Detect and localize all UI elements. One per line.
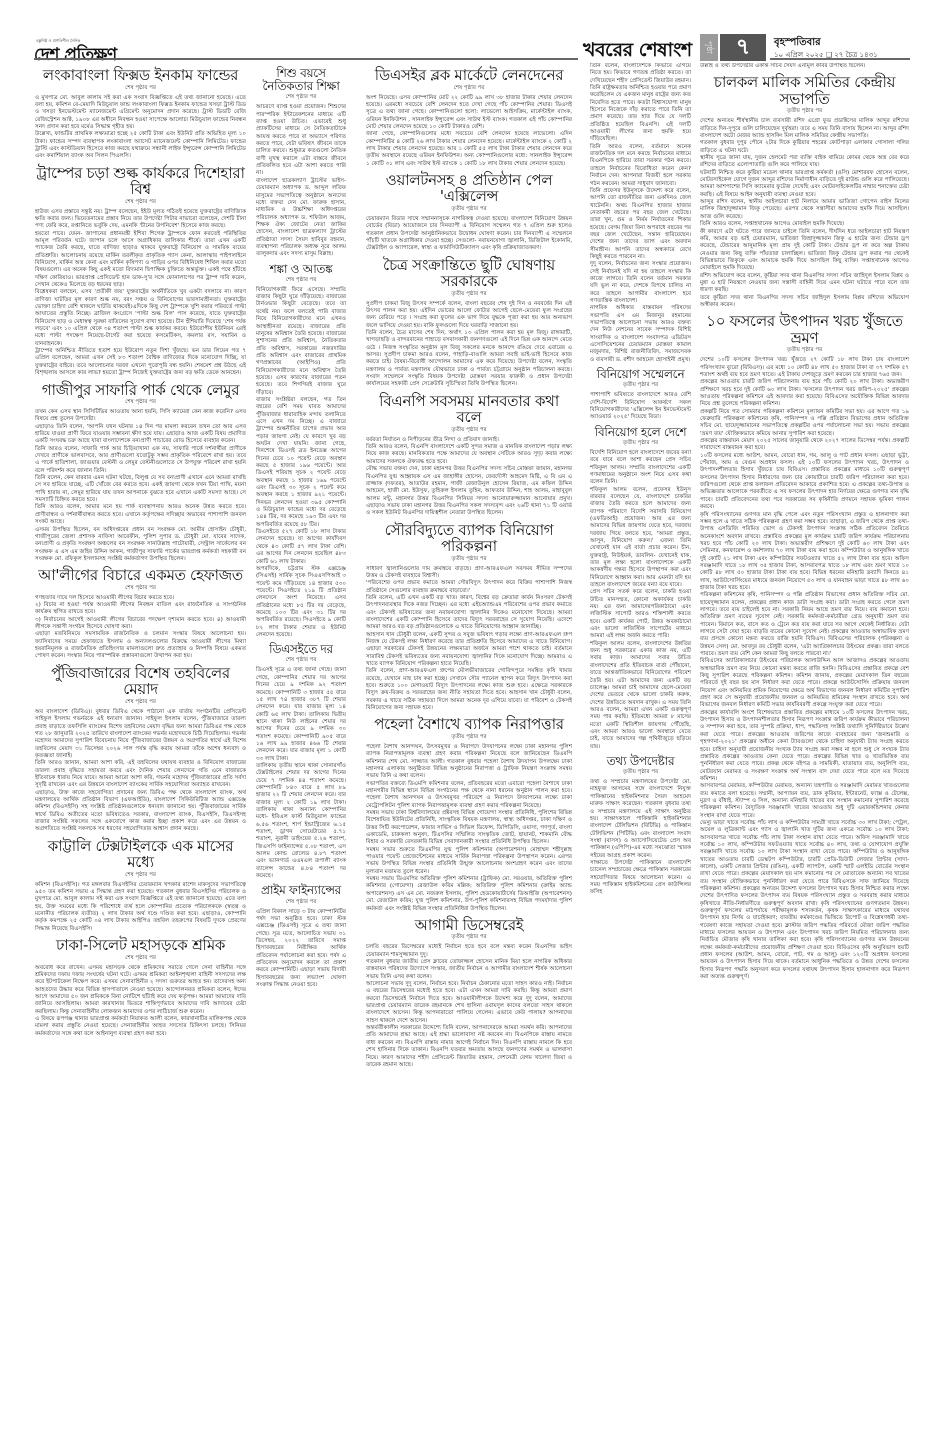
article-headline[interactable]: ঢাকা-সিলেট মহাসড়কে শ্রমিক	[35, 937, 246, 954]
column-4: তিনি বলেন, বাংলাদেশকে কিভাবে এগিয়ে নিতে…	[590, 63, 691, 1423]
page-number: ৭	[720, 34, 766, 61]
article-body: তিনি বলেন, বাংলাদেশকে কিভাবে এগিয়ে নিতে…	[590, 63, 691, 364]
article-headline[interactable]: প্রাইম ফাইন্যান্সের	[256, 884, 346, 897]
continued-from-label: তৃতীয় পৃষ্ঠার পর	[366, 556, 572, 564]
article-body: সুপ্রদীপ চাকমা বিজু উৎসব সম্পর্কে বলেন, …	[366, 301, 572, 389]
article-paragraph: পাশাপাশি ভবিষ্যতে বাংলাদেশে আরও বেশি দেশ…	[590, 392, 691, 421]
page-label: পৃষ্ঠা	[700, 34, 718, 61]
article-paragraph: কৃষি পরিসংখ্যানের গুণগত মান বৃদ্ধি পেলে …	[700, 512, 909, 593]
article-paragraph: আসবাবপত্র মেরামত, কম্পিউটার মেরামত, অন্য…	[700, 783, 909, 820]
continued-from-label: তৃতীয় পৃষ্ঠার পর	[590, 440, 691, 448]
continued-from-label: শেষ পৃষ্ঠার পর	[35, 85, 246, 93]
article-body: দেশের অন্যতম শীর্ষস্থানীয় চাল ব্যবসায়ী…	[700, 118, 909, 309]
article-paragraph: বাংলাদেশ ছাত্রকল্যাণ ট্রাস্টের ভাইস-চেয়…	[256, 178, 346, 259]
article-paragraph: সাক্ষাতে উপদেষ্টা পাকিস্তানে বাংলাদেশি চ…	[590, 860, 691, 897]
article-paragraph: প্রকল্পের আওতায় চারটি জরিপ পরিচালনায় ব…	[700, 379, 909, 408]
article-body: আচরণে ব্যাপ্ত হওয়া প্রয়োজন। শিশুদের পা…	[256, 104, 346, 258]
continued-from-label: শেষ পৃষ্ঠার পর	[256, 277, 346, 285]
article-paragraph: বিনিয়োগকারী ফিরে এসেছে। সম্প্রতি বাজার …	[256, 287, 346, 397]
article-paragraph: তথ্য ও সম্প্রচার মন্ত্রণালয়ের উপদেষ্টা …	[590, 779, 691, 860]
continued-from-label: তৃতীয় পৃষ্ঠার পর	[700, 347, 909, 355]
article-headline[interactable]: গাজীপুর সাফারি পার্ক থেকে লেমুর	[35, 382, 246, 399]
article-headline[interactable]: ডিএসইর ব্লক মার্কেটে লেনদেনের	[366, 67, 572, 84]
article-paragraph: সভাপতির বক্তব্যে ডিএমপি কমিশনার বলেন, প্…	[366, 781, 572, 810]
masthead-rule-left	[34, 58, 578, 60]
article-body: তথ্য ও সম্প্রচার মন্ত্রণালয়ের উপদেষ্টা …	[590, 779, 691, 897]
column-2: শিশু বয়সে নৈতিকতার শিক্ষাশেষ পৃষ্ঠার পর…	[256, 63, 346, 1423]
article-paragraph: ১০টি ফসলের মধ্যে আউশ, আমন, বোরো ধান, গম,…	[700, 453, 909, 512]
article: চালকল মালিক সমিতির কেন্দ্রীয় সভাপতিতৃতী…	[700, 74, 909, 309]
continued-from-label: শেষ পৃষ্ঠার পর	[35, 699, 246, 707]
article-paragraph: তিনি বলেন, বাংলাদেশকে কিভাবে এগিয়ে নিতে…	[590, 63, 691, 144]
continued-from-label: শেষ পৃষ্ঠার পর	[35, 199, 246, 207]
article-body: অংশ নিয়েছে। এসব কোম্পানির মোট ২২ কোটি ৯…	[366, 95, 572, 168]
article-body: অবরোধ করে রাখেন। এসময় মহাসড়ক থেকে শ্রম…	[35, 965, 246, 1038]
article-paragraph: আচরণে ব্যাপ্ত হওয়া প্রয়োজন। শিশুদের পা…	[256, 104, 346, 177]
article-paragraph: রশিদ অভিযোগ করে বলেন, কুষ্টিয়া সদর থানা…	[700, 273, 909, 295]
article-paragraph: স্থানীয় সূত্রে জানা যায়, দুজন হেলমেট প…	[700, 155, 909, 170]
article-headline[interactable]: সৌরবিদ্যুতে ব্যাপক বিনিয়োগ পরিকল্পনা	[366, 522, 572, 555]
continued-from-label: তৃতীয় পৃষ্ঠার পর	[590, 382, 691, 390]
article-body: হাউজ এসব প্রস্তাবে সন্তুষ্ট নয়। ট্রাম্প…	[35, 209, 246, 378]
article: ওয়ালটনসহ ৪ প্রতিষ্ঠান পেল 'এক্সিলেন্সতৃ…	[366, 172, 572, 253]
article: ১০ ফসলের উৎপাদন খরচ খুঁজতে ভ্রমণতৃতীয় প…	[700, 313, 909, 981]
article-paragraph: তখন কেন এসব স্থান সিসিটিভির আওতায় আনা হ…	[35, 409, 246, 424]
article: আ'লীগের বিচারে একমত হেফাজতশেষ পৃষ্ঠার পর…	[35, 567, 246, 661]
article-paragraph: পরিকল্পনা কমিশনের কৃষি, পানিসম্পদ ও পল্ল…	[700, 592, 909, 658]
article-paragraph: দেশের অন্যতম শীর্ষস্থানীয় চাল ব্যবসায়ী…	[700, 118, 909, 140]
masthead: বস্তুনিষ্ঠ ও প্রগতিশীল দৈনিক দেশ প্রতিক্…	[0, 0, 945, 62]
continued-from-label: তৃতীয় পৃষ্ঠার পর	[366, 206, 572, 214]
article-paragraph: চেয়ারম্যান বিডার সাথে সম্মাননাসূচক নাগর…	[366, 216, 572, 253]
article-body: পহেলা বৈশাখ আনন্দঘন, উৎসবমুখর ও নিরাপদে …	[366, 744, 572, 913]
lead-in: উল্লাহ ও তথ্য উপদেষ্টার একান্ত সচিব সৈয়…	[700, 63, 909, 70]
article-body: কমিশন (বিএসইসি)। গত মঙ্গলবার বিএসইসির চে…	[35, 882, 246, 933]
article-paragraph: তালিকায় তৃতীয় স্থানে থাকা সোনারগাঁও টে…	[256, 763, 346, 881]
article-paragraph: শফিকুল আলম বলেন, বাংলাদেশের উন্নতির জন্য…	[590, 641, 691, 751]
article-body: তখন কেন এসব স্থান সিসিটিভির আওতায় আনা হ…	[35, 409, 246, 563]
article-paragraph: বিশ্লেষকরা বলছেন, এসব 'প্রতীকী জয়' যুক্…	[35, 289, 246, 348]
article-paragraph: সমন্বয় সভায় ঢাকা বিশ্ববিদ্যালয়ের প্রক…	[366, 810, 572, 847]
article-paragraph: বিদেশি বিনিয়োগ হলে বাংলাদেশে জবের বন্যা…	[590, 450, 691, 487]
article: আগামী ডিসেম্বরেইতৃতীয় পৃষ্ঠার পরচলতি বছ…	[366, 917, 572, 1069]
article-body: চেয়ারম্যান বিডার সাথে সম্মাননাসূচক নাগর…	[366, 216, 572, 253]
article-paragraph: কমিশন (বিএসইসি)। গত মঙ্গলবার বিএসইসির চে…	[35, 882, 246, 933]
article-paragraph: প্রকল্পের বাস্তবায়ন মেয়াদ ২০২৫ সালের জ…	[700, 438, 909, 453]
article-paragraph: 'পরিবেশের ওপর প্রভাব কমাতে আমরা সৌরবিদ্য…	[366, 580, 572, 595]
article-paragraph: তিনি বলেন, প্রাণ-আরএফএল গ্রুপের মৌলভীবাজ…	[366, 668, 572, 712]
continued-from-label: তৃতীয় পৃষ্ঠার পর	[366, 427, 572, 435]
article: সৌরবিদ্যুতে ব্যাপক বিনিয়োগ পরিকল্পনাতৃত…	[366, 522, 572, 713]
article: বিএনপি সবসময় মানবতার কথা বলেতৃতীয় পৃষ্…	[366, 393, 572, 518]
article-paragraph: সাধারণ জ্বালানিগুলোর দাম ক্রমান্বয়ে বাড…	[366, 566, 572, 581]
article-paragraph: উল্লেখ্য, ফান্ডটির প্রাথমিক লক্ষ্যমাত্রা…	[35, 131, 246, 160]
article-paragraph: দেশের ১০টি ফসলের উৎপাদন খরচ খুঁজতে ২৭ কো…	[700, 357, 909, 379]
article-paragraph: আলোচনা সভায় দুদু বলেন, নির্বাচন হবে। নি…	[366, 981, 572, 1025]
article-paragraph: অব বাংলাদেশ (ডিবিএ)। বুধবার ডিবিএ থেকে প…	[35, 709, 246, 760]
column-1: লংকাবাংলা ফিক্সড ইনকাম ফান্ডেরশেষ পৃষ্ঠা…	[35, 63, 246, 1423]
article-paragraph: ৩) নির্বাচনের আগেই আওয়ামী লীগের বিচারের…	[35, 617, 246, 632]
continued-from-label: শেষ পৃষ্ঠার পর	[256, 94, 346, 102]
continued-from-label: শেষ পৃষ্ঠার পর	[35, 585, 246, 593]
continued-from-label: তৃতীয় পৃষ্ঠার পর	[366, 734, 572, 742]
column-5: উল্লাহ ও তথ্য উপদেষ্টার একান্ত সচিব সৈয়…	[700, 63, 909, 1423]
article: কাট্টালি টেক্সটাইলকে এক মাসের মধ্যেশেষ প…	[35, 838, 246, 933]
article-paragraph: তিনি বলেন, এটি এখন একটি বড় খাত। কারণ, ব…	[366, 595, 572, 632]
article-paragraph: তিনি আরও বলেন, বিএনপি বাংলাদেশে একটি সুন…	[366, 444, 572, 466]
article-headline[interactable]: বিএনপি সবসময় মানবতার কথা বলে	[366, 393, 572, 426]
article: বিনিয়োগ হলে দেশেতৃতীয় পৃষ্ঠার পরবিদেশি…	[590, 426, 691, 751]
article-headline[interactable]: শঙ্কা ও আতঙ্ক	[256, 263, 346, 276]
article-paragraph: সমন্বয় সভার শুরুতে ডিএমপির যুগ্ম পুলিশ …	[366, 847, 572, 876]
article-paragraph: তিনি আরও বলেন, সপ্তাহখানেক আগেও মোবাইল হ…	[700, 221, 909, 228]
article-paragraph: এসময় উপস্থিত ছিলেন, বন অধিদপ্তরের প্রধা…	[35, 527, 246, 564]
continued-from-label: শেষ পৃষ্ঠার পর	[256, 899, 346, 907]
article-headline[interactable]: ওয়ালটনসহ ৪ প্রতিষ্ঠান পেল 'এক্সিলেন্স	[366, 172, 572, 205]
continued-from-label: তৃতীয় পৃষ্ঠার পর	[366, 291, 572, 299]
article: শিশু বয়সে নৈতিকতার শিক্ষাশেষ পৃষ্ঠার পর…	[256, 67, 346, 259]
article: তথ্য উপদেষ্টারতৃতীয় পৃষ্ঠার পরতথ্য ও সম…	[590, 755, 691, 897]
article-headline[interactable]: পহেলা বৈশাখে ব্যাপক নিরাপত্তার	[366, 716, 572, 733]
article-paragraph: সমন্বয় সভায় ডিএমপির অতিরিক্ত পুলিশ কমি…	[366, 876, 572, 913]
article-paragraph: তিনি আরও বলেন, আমার মনে হয় পার্ক ব্যবস্…	[35, 504, 246, 526]
article-paragraph: কী কারণে এটা ঘটতে পারে জানতে চাইলে তিনি …	[700, 229, 909, 273]
article: তিনি বলেন, বাংলাদেশকে কিভাবে এগিয়ে নিতে…	[590, 63, 691, 364]
article-paragraph: তিনি আরও জানান, আমরা আশা করি, এই তহবিলের…	[35, 760, 246, 789]
article-paragraph: এছাড়াও, উক্ত কাজে সহযোগিতা প্রদানের জন্…	[35, 790, 246, 834]
article-paragraph: বাজার সংশ্লিষ্টরা বলছেন, গত তিন বছরের বে…	[256, 397, 346, 529]
article-paragraph: নাগরিক অধিকার বাস্তবায়ন পরিষদের সভাপতি …	[590, 305, 691, 364]
continued-from-label: তৃতীয় পৃষ্ঠার পর	[700, 108, 909, 116]
article-headline[interactable]: কাট্টালি টেক্সটাইলকে এক মাসের মধ্যে	[35, 838, 246, 871]
article-paragraph: প্রেস সচিব সতর্ক করে বলেন, চাকরি হওয়া উ…	[590, 589, 691, 640]
article-body: অব বাংলাদেশ (ডিবিএ)। বুধবার ডিবিএ থেকে প…	[35, 709, 246, 834]
article-headline[interactable]: ডিএসইতে দর	[256, 643, 346, 656]
article-paragraph: দুদু বলেন, নির্বাচনের জন্য সংস্কার প্রয়…	[590, 261, 691, 305]
article: ডিএসইতে দরশেষ পৃষ্ঠার পরডিএসই সূত্রে এ ত…	[256, 643, 346, 880]
continued-from-label: শেষ পৃষ্ঠার পর	[366, 85, 572, 93]
article-headline[interactable]: ট্রাম্পের চড়া শুল্ক কার্যকরে দিশেহারা ব…	[35, 165, 246, 198]
article-paragraph: ও মুখপাত্র মো. আবুল কালাম সই করা এক সংবা…	[35, 95, 246, 132]
article-body: দেশের ১০টি ফসলের উৎপাদন খরচ খুঁজতে ২৭ কো…	[700, 357, 909, 981]
article-paragraph: তিনি বলেন, চৈত্র মাসের শেষ দিন, অর্থাৎ ১…	[366, 330, 572, 389]
article-headline[interactable]: তথ্য উপদেষ্টার	[590, 755, 691, 768]
article-paragraph: প্রকল্পের কার্যাবলি অংশে বিশেষভাবে প্রস্…	[700, 710, 909, 783]
article-paragraph: এপ্রিল বিকাল সাড়ে ৩ টায় কোম্পানিটির পর…	[256, 909, 346, 990]
article-paragraph: আব্দুর রশিদ বলেন, স্থানীয় আইলচারা হাট ন…	[700, 199, 909, 221]
article-body: সাধারণ জ্বালানিগুলোর দাম ক্রমান্বয়ে বাড…	[366, 566, 572, 713]
article-body: চলতি বছরের ডিসেম্বরের মধ্যেই নির্বাচন হত…	[366, 944, 572, 1069]
article-paragraph: বৌদ্ধ সভায় বক্তব্য দেন, ঢাকা মহানগর উত্…	[366, 466, 572, 517]
article: লংকাবাংলা ফিক্সড ইনকাম ফান্ডেরশেষ পৃষ্ঠা…	[35, 67, 246, 161]
article-paragraph: ট্রাম্পের অনিশ্চিত নীতিতে হতাশ হয়ে ইউরো…	[35, 348, 246, 377]
article-headline[interactable]: বিনিয়োগ হলে দেশে	[590, 426, 691, 439]
article-paragraph: হাউজ এসব প্রস্তাবে সন্তুষ্ট নয়। ট্রাম্প…	[35, 209, 246, 231]
article-paragraph: জানা গেছে, কোম্পানিগুলোর মধ্যে সবচেয়ে ব…	[366, 131, 572, 168]
article-paragraph: অংশ নিয়েছে। এসব কোম্পানির মোট ২২ কোটি ৯…	[366, 95, 572, 132]
article-paragraph: শফিকুল আলম বলেন, প্রফেসর ইউনূস বারবার বল…	[590, 487, 691, 590]
masthead-rule-right	[770, 58, 910, 60]
article-body: এপ্রিল বিকাল সাড়ে ৩ টায় কোম্পানিটির পর…	[256, 909, 346, 990]
article-paragraph: অন্তর্বর্তীকালীন সরকারের উদ্দেশ্যে তিনি …	[366, 1025, 572, 1069]
article-body: বিদেশি বিনিয়োগ হলে বাংলাদেশে জবের বন্যা…	[590, 450, 691, 751]
article-paragraph: ২) বিচার না হওয়া পর্যন্ত আওয়ামী লীগের …	[35, 602, 246, 617]
continued-from-label: শেষ পৃষ্ঠার পর	[256, 657, 346, 665]
article-paragraph: ভেন্যু ভাড়া খাতে সর্বোচ্চ পাঁচ লাখ ও কম…	[700, 820, 909, 982]
article-paragraph: এছাড়াও তিনি বলেন, 'আপনি যখন ঘটনার ১৪ দি…	[35, 424, 246, 446]
article-paragraph: অবরোধ করে রাখেন। এসময় মহাসড়ক থেকে শ্রম…	[35, 965, 246, 1016]
continued-from-label: শেষ পৃষ্ঠার পর	[35, 955, 246, 963]
article-headline[interactable]: আগামী ডিসেম্বরেই	[366, 917, 572, 934]
article-headline[interactable]: শিশু বয়সে নৈতিকতার শিক্ষা	[256, 67, 346, 93]
article-headline[interactable]: লংকাবাংলা ফিক্সড ইনকাম ফান্ডের	[35, 67, 246, 84]
article-body: গণহত্যার দায়ে দল হিসেবে আওয়ামী লীগের ব…	[35, 595, 246, 661]
article-body: ও মুখপাত্র মো. আবুল কালাম সই করা এক সংবা…	[35, 95, 246, 161]
article-paragraph: এ বিষয়ে রূপগঞ্জ থানার ভারপ্রাপ্ত কর্মকর…	[35, 1016, 246, 1038]
article-paragraph: গতকাল বুধবার জাতীয় প্রেস ক্লাবের তোফাজ্…	[366, 959, 572, 981]
article: ডিএসইর ব্লক মার্কেটে লেনদেনেরশেষ পৃষ্ঠার…	[366, 67, 572, 168]
article-body: ডিএসই সূত্রে এ তথ্য জানা গেছে। জানা গেছে…	[256, 667, 346, 880]
article-paragraph: প্রকল্পটি নিয়ে গত সোমবার পরিকল্পনা কমিশ…	[700, 409, 909, 438]
article: ঢাকা-সিলেট মহাসড়কে শ্রমিকশেষ পৃষ্ঠার পর…	[35, 937, 246, 1038]
article: গাজীপুর সাফারি পার্ক থেকে লেমুরশেষ পৃষ্ঠ…	[35, 382, 246, 564]
article-paragraph: তিনি প্রফেসর ইউনূসকে উদ্দেশ্য করে বলেন, …	[590, 188, 691, 261]
article: পহেলা বৈশাখে ব্যাপক নিরাপত্তারতৃতীয় পৃষ…	[366, 716, 572, 912]
continued-from-label: তৃতীয় পৃষ্ঠার পর	[366, 934, 572, 942]
article-body: বর্বরতা নির্যাতন ও নিপীড়নের তীব্র নিন্দ…	[366, 437, 572, 518]
article: বিনিয়োগ সম্মেলনেতৃতীয় পৃষ্ঠার পরপাশাপা…	[590, 368, 691, 422]
article-paragraph: হয়তো পারে। যেমন- জাপানের প্রধানমন্ত্রী …	[35, 231, 246, 290]
continued-from-label: শেষ পৃষ্ঠার পর	[35, 399, 246, 407]
article-headline[interactable]: চৈত্র সংক্রান্তিতে ছুটি ঘোষণায় সরকারকে	[366, 257, 572, 290]
lead-in-text: উল্লাহ ও তথ্য উপদেষ্টার একান্ত সচিব সৈয়…	[700, 63, 909, 70]
article-paragraph: তিনি আরও বলেন, বর্তমানে অনেক রাজনৈতিক দল…	[590, 144, 691, 188]
article-paragraph: চলতি বছরের ডিসেম্বরের মধ্যেই নির্বাচন হত…	[366, 944, 572, 959]
continued-from-label: তৃতীয় পৃষ্ঠার পর	[590, 769, 691, 777]
article-headline[interactable]: পুঁজিবাজারের বিশেষ তহবিলের মেয়াদ	[35, 665, 246, 698]
article-paragraph: পহেলা বৈশাখ আনন্দঘন, উৎসবমুখর ও নিরাপদে …	[366, 744, 572, 781]
article: ট্রাম্পের চড়া শুল্ক কার্যকরে দিশেহারা ব…	[35, 165, 246, 378]
article-paragraph: গণহত্যার দায়ে দল হিসেবে আওয়ামী লীগের ব…	[35, 595, 246, 602]
column-3: ডিএসইর ব্লক মার্কেটে লেনদেনেরশেষ পৃষ্ঠার…	[366, 63, 572, 1423]
article: শঙ্কা ও আতঙ্কশেষ পৃষ্ঠার পরবিনিয়োগকারী …	[256, 263, 346, 640]
article-headline[interactable]: আ'লীগের বিচারে একমত হেফাজত	[35, 567, 246, 584]
article: প্রাইম ফাইন্যান্সেরশেষ পৃষ্ঠার পরএপ্রিল …	[256, 884, 346, 989]
article-paragraph: বিবিএসের অ্যাগ্রিকালচার উইংয়ের পরিচালক …	[700, 658, 909, 709]
article-headline[interactable]: ১০ ফসলের উৎপাদন খরচ খুঁজতে ভ্রমণ	[700, 313, 909, 346]
article: চৈত্র সংক্রান্তিতে ছুটি ঘোষণায় সরকারকেত…	[366, 257, 572, 389]
article-paragraph: অপরদিকে, চট্টগ্রাম স্টক এক্সচেঞ্জ (সিএসই…	[256, 566, 346, 639]
article-paragraph: এছাড়া মতবিনিময়ে সমসাময়িক রাজনৈতিক ও চ…	[35, 631, 246, 660]
article-paragraph: সুপ্রদীপ চাকমা বিজু উৎসব সম্পর্কে বলেন, …	[366, 301, 572, 330]
article-body: পাশাপাশি ভবিষ্যতে বাংলাদেশে আরও বেশি দেশ…	[590, 392, 691, 421]
article-paragraph: তবে কুষ্টিয়া সদর থানা বিএনপির সদস্য সচি…	[700, 295, 909, 310]
article-paragraph: ডিএসইতে ৫২৭ কোটি ১৮ লাখ টাকার লেনদেন হয়…	[256, 529, 346, 566]
article-paragraph: ঘটনাটি নিশ্চিত করে কুষ্টিয়া মডেল থানার …	[700, 170, 909, 199]
article-body: বিনিয়োগকারী ফিরে এসেছে। সম্প্রতি বাজার …	[256, 287, 346, 640]
article-paragraph: গতকাল বুধবার দুপুর পৌনে ২টার দিকে কুষ্টি…	[700, 140, 909, 155]
article: পুঁজিবাজারের বিশেষ তহবিলের মেয়াদশেষ পৃষ…	[35, 665, 246, 834]
article-paragraph: ডিএসই সূত্রে এ তথ্য জানা গেছে। জানা গেছে…	[256, 667, 346, 762]
article-paragraph: আহসান খান চৌধুরী বলেন, একটি সুন্দর ও সবু…	[366, 632, 572, 669]
article-paragraph: তিনি আরও বলেন, সাফারি পার্ক আর চিড়িয়াখ…	[35, 446, 246, 475]
article-paragraph: তিনি বলেন, কেন বারবার এমন ঘটনা ঘটছে, বিল…	[35, 475, 246, 504]
article-headline[interactable]: চালকল মালিক সমিতির কেন্দ্রীয় সভাপতি	[700, 74, 909, 107]
article-headline[interactable]: বিনিয়োগ সম্মেলনে	[590, 368, 691, 381]
continued-from-label: শেষ পৃষ্ঠার পর	[35, 872, 246, 880]
